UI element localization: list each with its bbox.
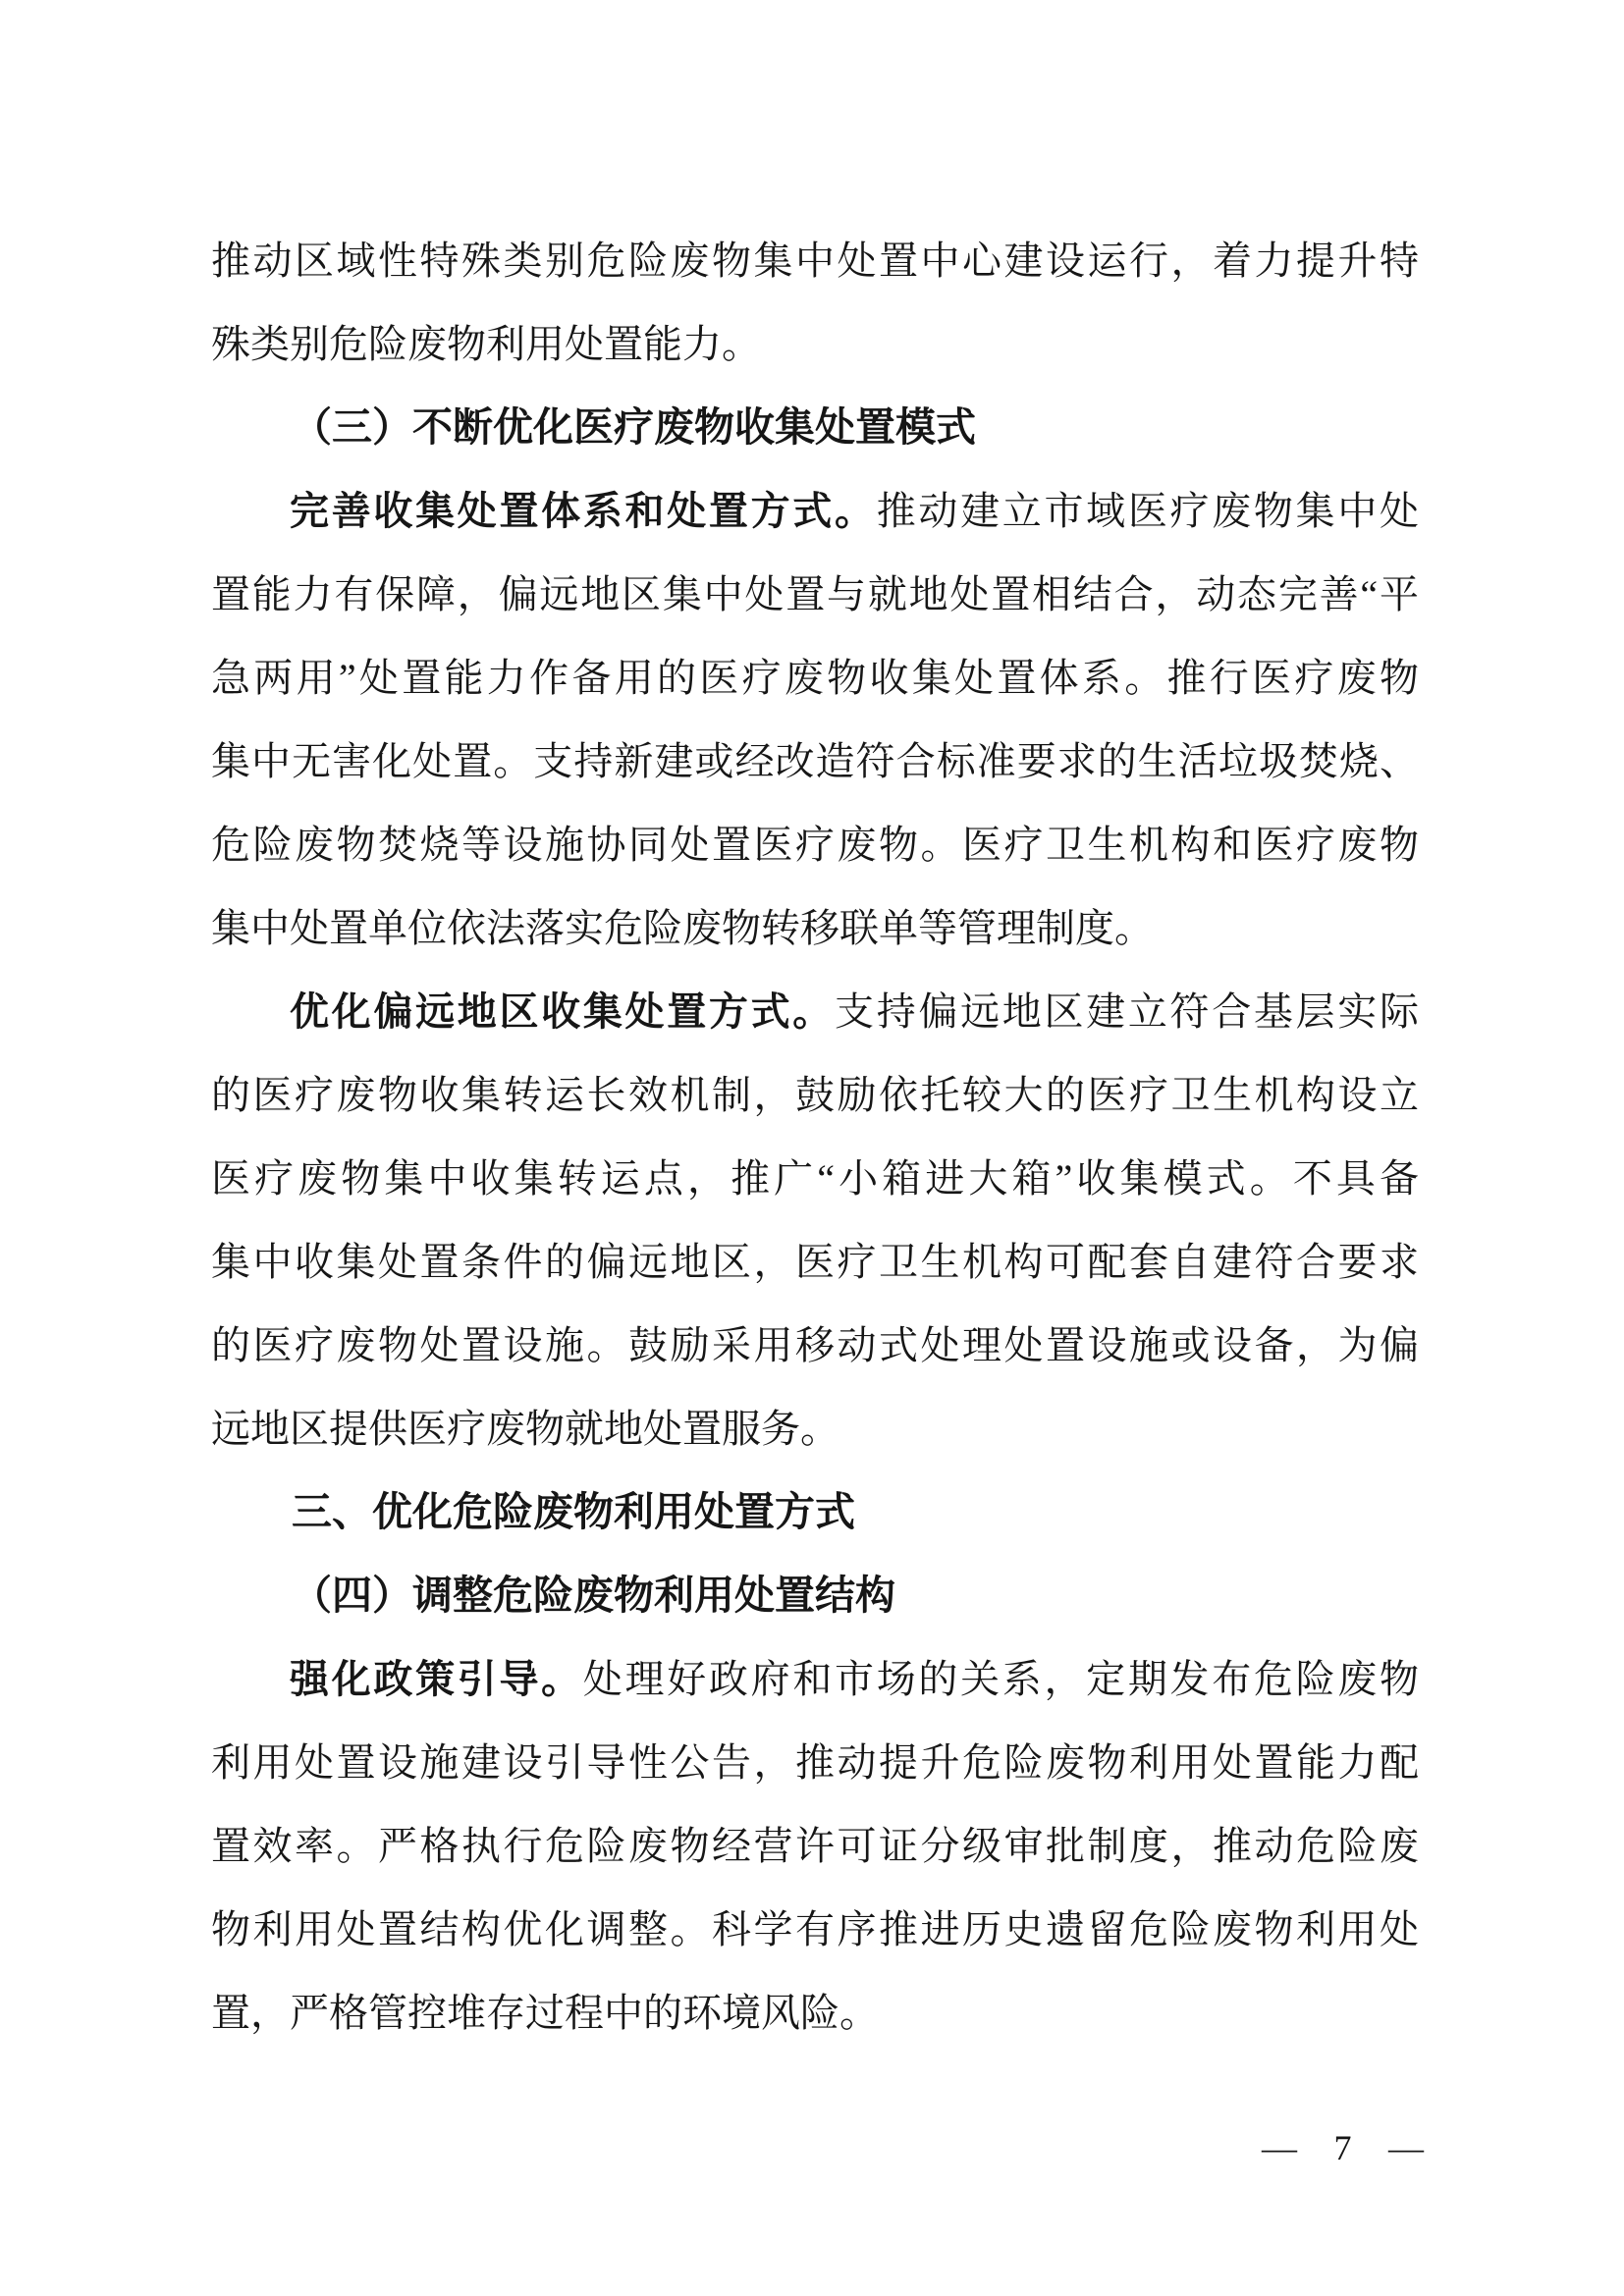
text-segment: 支持偏远地区建立符合基层实际 — [835, 989, 1419, 1034]
text-segment: 殊类别危险废物利用处置能力。 — [211, 322, 761, 366]
text-segment: 的医疗废物收集转运长效机制，鼓励依托较大的医疗卫生机构设立 — [211, 1073, 1419, 1117]
text-segment: 处理好政府和市场的关系，定期发布危险废物 — [583, 1657, 1419, 1701]
text-line: 的医疗废物处置设施。鼓励采用移动式处理处置设施或设备，为偏 — [211, 1304, 1419, 1387]
document-body: 推动区域性特殊类别危险废物集中处置中心建设运行，着力提升特殊类别危险废物利用处置… — [211, 219, 1419, 2055]
bold-lead-text: 完善收集处置体系和处置方式。 — [290, 490, 877, 533]
text-line: 物利用处置结构优化调整。科学有序推进历史遗留危险废物利用处 — [211, 1888, 1419, 1971]
text-segment: 的医疗废物处置设施。鼓励采用移动式处理处置设施或设备，为偏 — [211, 1323, 1419, 1367]
bold-lead-text: 三、优化危险废物利用处置方式 — [292, 1489, 855, 1534]
bold-lead-text: （四）调整危险废物利用处置结构 — [292, 1573, 895, 1618]
text-segment: 推动建立市域医疗废物集中处 — [877, 489, 1419, 533]
text-segment: 利用处置设施建设引导性公告，推动提升危险废物利用处置能力配 — [211, 1740, 1419, 1785]
text-line: 强化政策引导。处理好政府和市场的关系，定期发布危险废物 — [211, 1637, 1419, 1721]
text-line: 完善收集处置体系和处置方式。推动建立市域医疗废物集中处 — [211, 469, 1419, 553]
text-line: 推动区域性特殊类别危险废物集中处置中心建设运行，着力提升特 — [211, 219, 1419, 302]
text-segment: 集中处置单位依法落实危险废物转移联单等管理制度。 — [211, 906, 1154, 950]
text-segment: 医疗废物集中收集转运点，推广“小箱进大箱”收集模式。不具备 — [211, 1156, 1419, 1201]
text-segment: 集中无害化处置。支持新建或经改造符合标准要求的生活垃圾焚烧、 — [211, 739, 1419, 783]
text-segment: 置能力有保障，偏远地区集中处置与就地处置相结合，动态完善“平 — [211, 572, 1419, 616]
heading-line: （三）不断优化医疗废物收集处置模式 — [211, 386, 1419, 469]
text-line: 置效率。严格执行危险废物经营许可证分级审批制度，推动危险废 — [211, 1804, 1419, 1888]
bold-lead-text: 优化偏远地区收集处置方式。 — [290, 990, 835, 1034]
heading-line: 三、优化危险废物利用处置方式 — [211, 1470, 1419, 1554]
bold-lead-text: 强化政策引导。 — [290, 1658, 583, 1701]
text-line: 利用处置设施建设引导性公告，推动提升危险废物利用处置能力配 — [211, 1721, 1419, 1804]
text-line: 急两用”处置能力作备用的医疗废物收集处置体系。推行医疗废物 — [211, 636, 1419, 720]
text-line: 集中处置单位依法落实危险废物转移联单等管理制度。 — [211, 886, 1419, 970]
text-line: 集中无害化处置。支持新建或经改造符合标准要求的生活垃圾焚烧、 — [211, 720, 1419, 803]
text-line: 远地区提供医疗废物就地处置服务。 — [211, 1387, 1419, 1470]
page-footer: — 7 — — [1262, 2118, 1424, 2177]
bold-lead-text: （三）不断优化医疗废物收集处置模式 — [292, 404, 976, 450]
text-segment: 急两用”处置能力作备用的医疗废物收集处置体系。推行医疗废物 — [211, 656, 1419, 700]
text-line: 置，严格管控堆存过程中的环境风险。 — [211, 1971, 1419, 2055]
text-line: 集中收集处置条件的偏远地区，医疗卫生机构可配套自建符合要求 — [211, 1220, 1419, 1304]
footer-dash-left: — — [1262, 2118, 1297, 2177]
text-line: 医疗废物集中收集转运点，推广“小箱进大箱”收集模式。不具备 — [211, 1137, 1419, 1220]
text-segment: 置效率。严格执行危险废物经营许可证分级审批制度，推动危险废 — [211, 1824, 1419, 1868]
text-segment: 物利用处置结构优化调整。科学有序推进历史遗留危险废物利用处 — [211, 1907, 1419, 1951]
text-segment: 集中收集处置条件的偏远地区，医疗卫生机构可配套自建符合要求 — [211, 1240, 1419, 1284]
document-page: 推动区域性特殊类别危险废物集中处置中心建设运行，着力提升特殊类别危险废物利用处置… — [0, 0, 1624, 2296]
text-line: 殊类别危险废物利用处置能力。 — [211, 302, 1419, 386]
text-line: 置能力有保障，偏远地区集中处置与就地处置相结合，动态完善“平 — [211, 553, 1419, 636]
text-segment: 远地区提供医疗废物就地处置服务。 — [211, 1407, 839, 1451]
text-line: 危险废物焚烧等设施协同处置医疗废物。医疗卫生机构和医疗废物 — [211, 803, 1419, 886]
page-number: 7 — [1328, 2118, 1358, 2177]
text-segment: 推动区域性特殊类别危险废物集中处置中心建设运行，着力提升特 — [211, 239, 1419, 283]
footer-dash-right: — — [1388, 2118, 1424, 2177]
text-segment: 置，严格管控堆存过程中的环境风险。 — [211, 1991, 879, 2035]
text-segment: 危险废物焚烧等设施协同处置医疗废物。医疗卫生机构和医疗废物 — [211, 823, 1419, 867]
text-line: 的医疗废物收集转运长效机制，鼓励依托较大的医疗卫生机构设立 — [211, 1053, 1419, 1137]
text-line: 优化偏远地区收集处置方式。支持偏远地区建立符合基层实际 — [211, 970, 1419, 1053]
heading-line: （四）调整危险废物利用处置结构 — [211, 1554, 1419, 1637]
